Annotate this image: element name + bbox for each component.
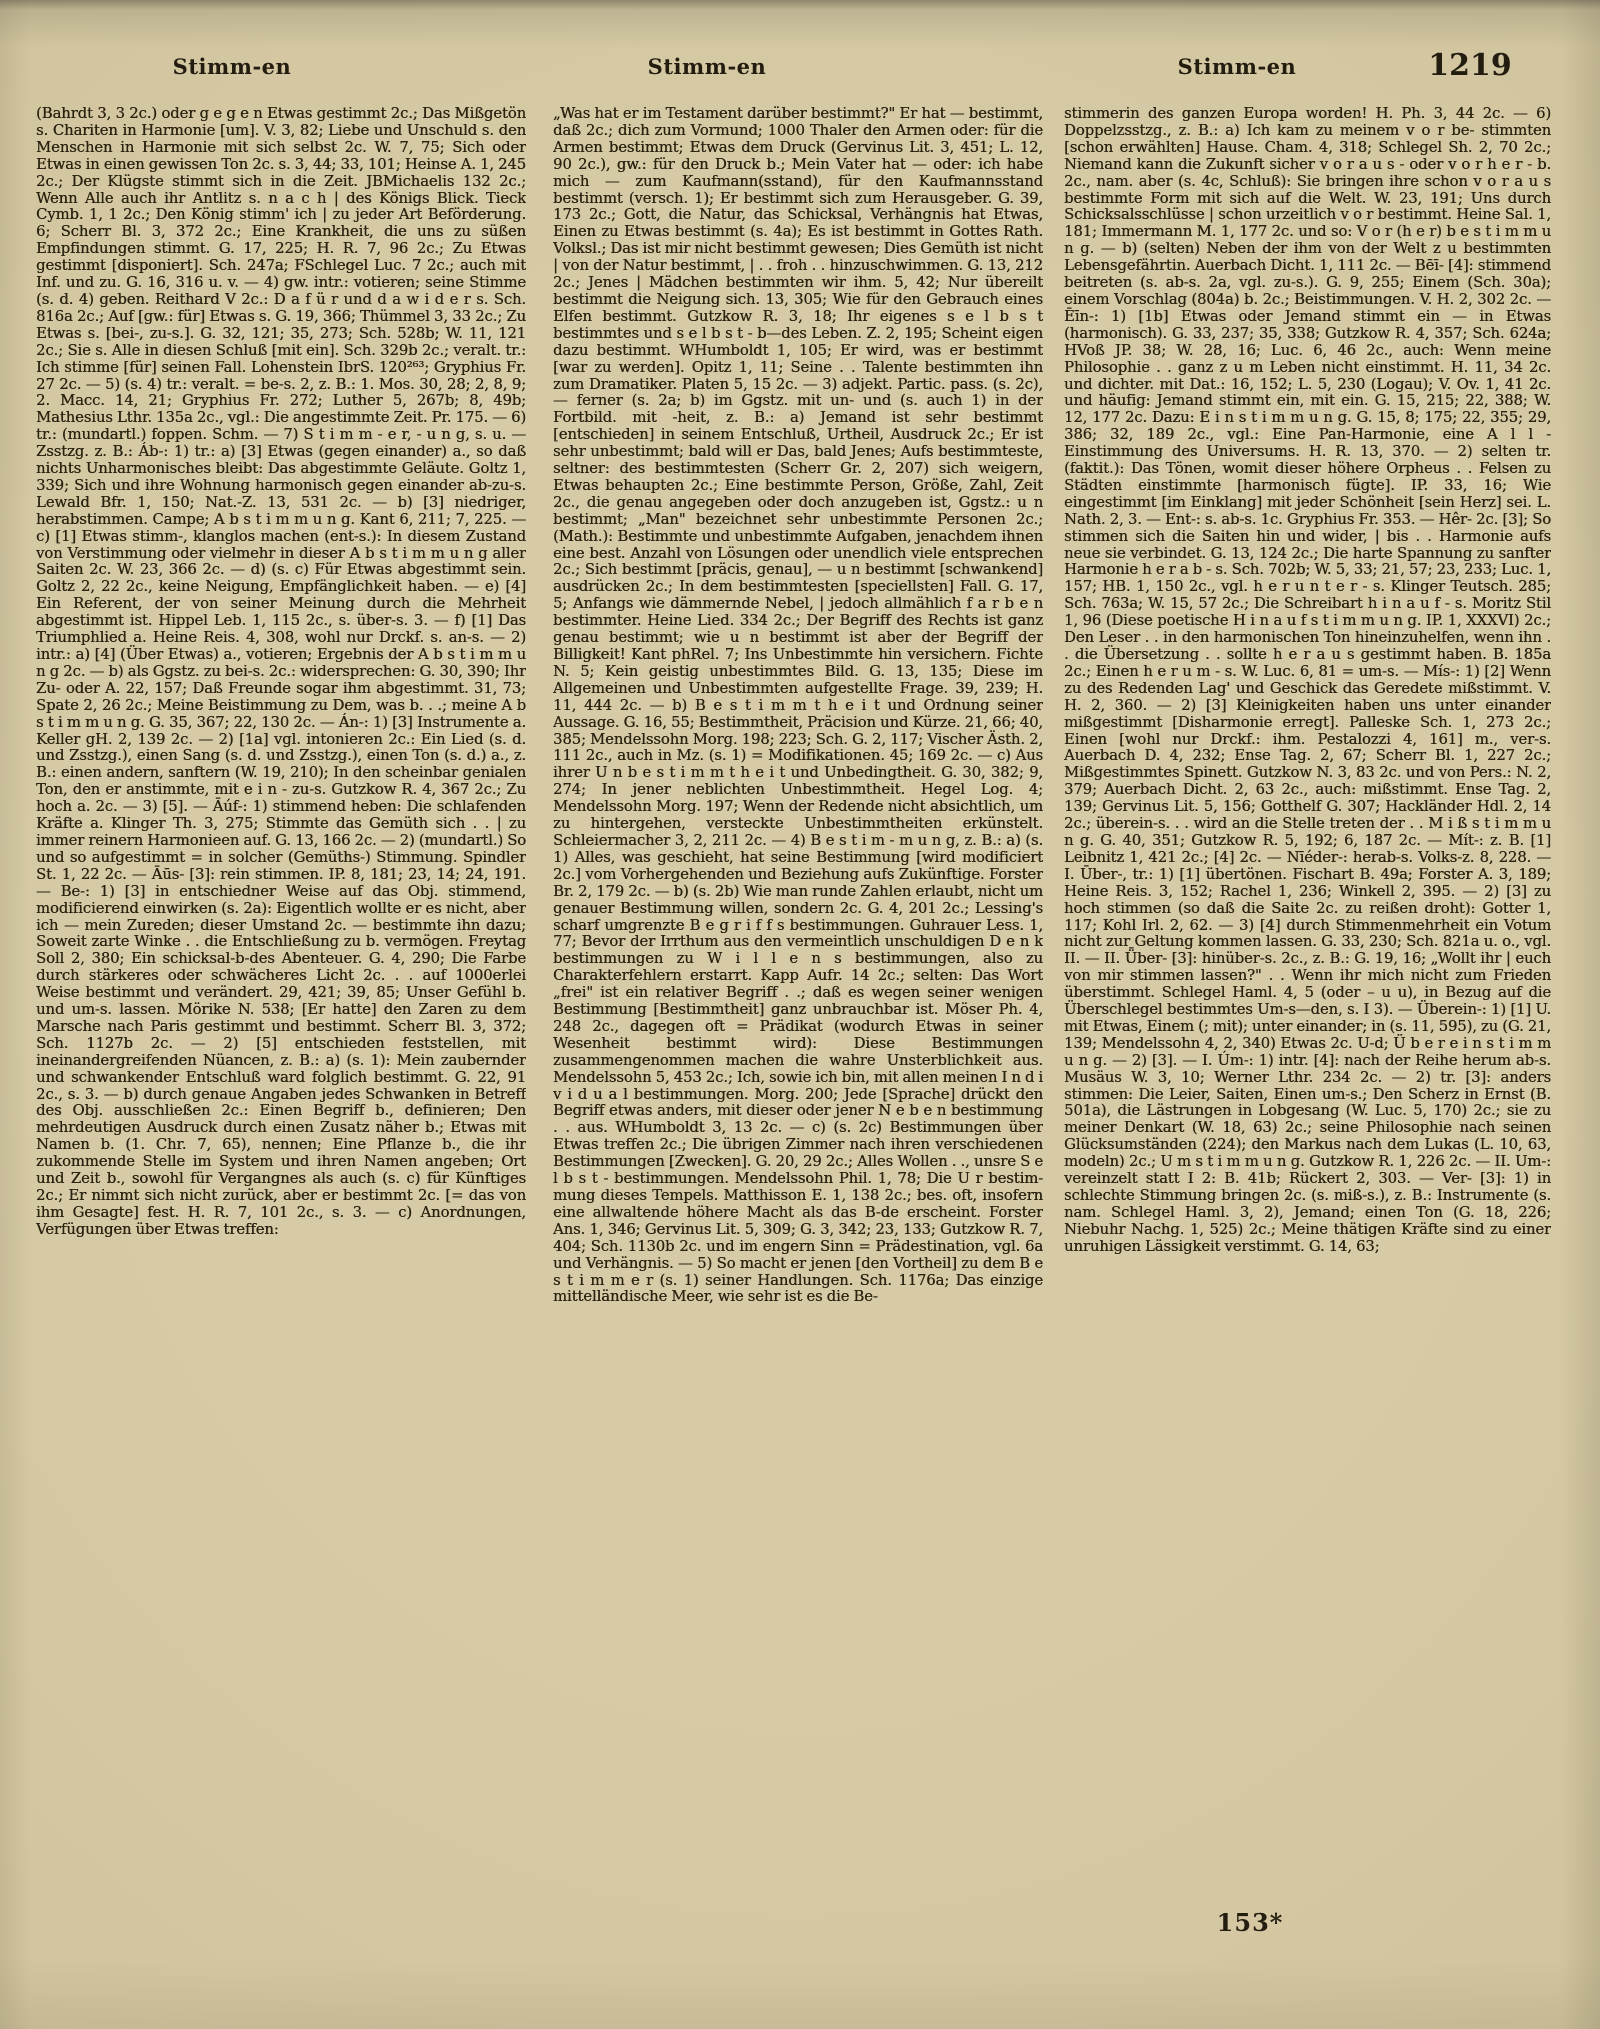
text-column-1: (Bahrdt 3, 3 2c.) oder g e g e n Etwas g…: [36, 106, 526, 1916]
running-title-right: Stimm-en: [1127, 54, 1347, 79]
text-column-2: „Was hat er im Testament darüber bestimm…: [553, 106, 1043, 1916]
page-number: 1219: [1420, 48, 1520, 83]
text-column-3: stimmerin des ganzen Europa worden! H. P…: [1064, 106, 1551, 1916]
dictionary-page: Stimm-en Stimm-en Stimm-en 1219 (Bahrdt …: [0, 0, 1600, 2029]
running-title-center: Stimm-en: [597, 54, 817, 79]
running-title-left: Stimm-en: [122, 54, 342, 79]
signature-mark: 153*: [1200, 1908, 1300, 1937]
